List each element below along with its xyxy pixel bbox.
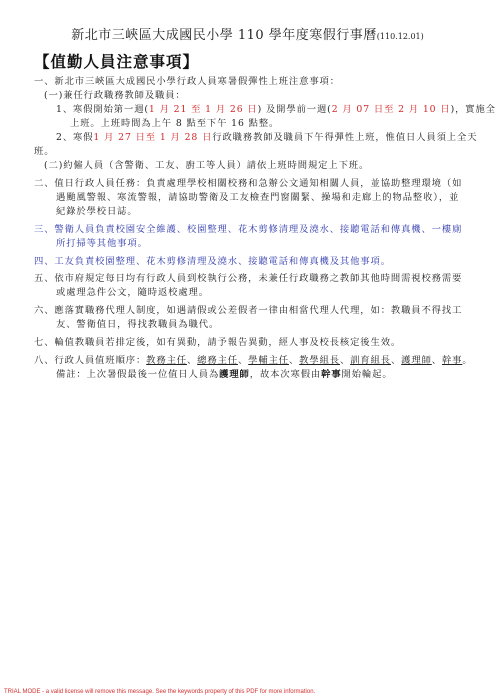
item-one-point2: 2、寒假1 月 27 日至 1 月 28 日行政職務教師及職員下午得彈性上班，惟…: [56, 132, 477, 144]
sep: 、: [391, 355, 401, 366]
sep: 、: [340, 355, 350, 366]
item-five-line2: 或處理急件公文，隨時返校處理。: [56, 287, 209, 299]
role-1: 教務主任: [146, 355, 187, 366]
text: 行政職務教師及職員下午得彈性上班，惟值日人員須上全天: [212, 132, 477, 143]
end: 。: [462, 355, 472, 366]
item-one-point1-line2: 上班。上班時間為上午 8 點至下午 16 點整。: [70, 118, 279, 130]
role-7: 幹事: [442, 355, 462, 366]
text: 1、寒假開始第一週(: [56, 104, 149, 115]
section-heading: 【值勤人員注意事項】: [34, 50, 199, 72]
item-two-line1: 二、值日行政人員任務：負責處理學校相關校務和急辦公文通知相關人員，並協助整理環境…: [34, 178, 462, 190]
item-two-line3: 紀錄於學校日誌。: [56, 206, 138, 218]
text: 八、行政人員值班順序：: [34, 355, 146, 366]
item-eight-note: 備註：上次暑假最後一位值日人員為護理師，故本次寒假由幹事開始輪起。: [56, 369, 393, 381]
title-date: (110.12.01): [377, 32, 424, 41]
item-four-line1: 四、工友負責校園整理、花木剪修清理及澆水、接聽電話和傳真機及其他事項。: [34, 256, 391, 268]
role-6: 護理師: [401, 355, 432, 366]
title-text: 新北市三峽區大成國民小學 110 學年度寒假行事曆: [71, 28, 377, 43]
text: )，實施全日: [451, 104, 495, 115]
role-3: 學輔主任: [248, 355, 289, 366]
sep: 、: [432, 355, 442, 366]
text: ) 及開學前一週(: [258, 104, 332, 115]
item-three-line2: 所打掃等其他事項。: [56, 238, 148, 250]
trial-mode-watermark: TRIAL MODE - a valid license will remove…: [4, 689, 315, 695]
item-eight-line1: 八、行政人員值班順序：教務主任、總務主任、學輔主任、教學組長、訓育組長、護理師、…: [34, 355, 473, 367]
text: ，故本次寒假由: [250, 369, 321, 380]
item-five-line1: 五、依市府規定每日均有行政人員到校執行公務，未兼任行政職務之教師其他時間需視校務…: [34, 273, 462, 285]
item-one-point2-line2: 班。: [34, 146, 54, 158]
item-one-sub1: (一)兼任行政職務教師及職員：: [44, 90, 186, 102]
item-two-line2: 遇颱風警報、寒流警報，請協助警衛及工友檢查門窗關緊、操場和走廊上的物品整收），並: [56, 192, 459, 204]
item-one-line1: 一、新北市三峽區大成國民小學行政人員寒暑假彈性上班注意事項：: [34, 76, 340, 88]
document-title: 新北市三峽區大成國民小學 110 學年度寒假行事曆(110.12.01): [0, 24, 495, 43]
text: 備註：上次暑假最後一位值日人員為: [56, 369, 219, 380]
role-5: 訓育組長: [350, 355, 391, 366]
item-six-line1: 六、應落實職務代理人制度，如遇請假或公差假者一律由相當代理人代理，如：教職員不得…: [34, 305, 462, 317]
sep: 、: [238, 355, 248, 366]
date-range-red: 1 月 27 日至 1 月 28 日: [93, 132, 212, 143]
role-2: 總務主任: [197, 355, 238, 366]
item-seven-line1: 七、輪值教職員若排定後，如有異動，請予報告異動，經人事及校長核定後生效。: [34, 337, 401, 349]
item-one-point1: 1、寒假開始第一週(1 月 21 至 1 月 26 日) 及開學前一週(2 月 …: [56, 104, 495, 116]
date-range-red: 1 月 21 至 1 月 26 日: [149, 104, 258, 115]
item-three-line1: 三、警衛人員負責校園安全維護、校園整理、花木剪修清理及澆水、接聽電話和傳真機、一…: [34, 224, 462, 236]
sep: 、: [187, 355, 197, 366]
text: 開始輪起。: [342, 369, 393, 380]
text: 2、寒假: [56, 132, 93, 143]
item-six-line2: 友、警衛值日，得找教職員為職代。: [56, 319, 219, 331]
sep: 、: [289, 355, 299, 366]
bold-role: 幹事: [321, 369, 341, 380]
item-one-sub2: (二)約僱人員（含警衛、工友、廚工等人員）請依上班時間規定上下班。: [44, 160, 369, 172]
role-4: 教學組長: [299, 355, 340, 366]
date-range-red: 2 月 07 日至 2 月 10 日: [332, 104, 451, 115]
bold-role: 護理師: [219, 369, 250, 380]
